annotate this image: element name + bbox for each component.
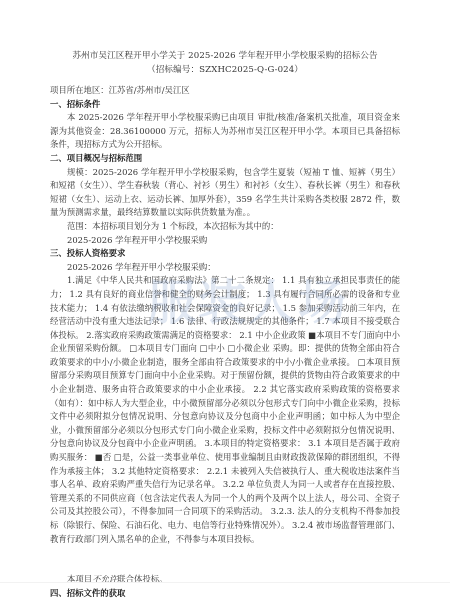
project-location: 项目所在地区：江苏省/苏州市/吴江区: [50, 84, 400, 98]
joint-bid-note: 本项目不允许联合体投标。: [50, 573, 400, 587]
section-text-conditions: 本 2025-2026 学年程开甲小学校服采购已由项目 审批/核准/备案机关批准…: [50, 111, 400, 152]
overview-scope: 范围：本招标项目划分为 1 个标段，本次招标为其中的：: [50, 220, 400, 234]
section-heading-documents: 四、招标文件的获取: [50, 587, 400, 600]
document-body: 项目所在地区：江苏省/苏州市/吴江区 一、招标条件 本 2025-2026 学年…: [50, 84, 400, 600]
qualifications-lot: 2025-2026 学年程开甲小学校服采购：: [50, 261, 400, 275]
section-heading-qualifications: 三、投标人资格要求: [50, 247, 400, 261]
document-title: 苏州市吴江区程开甲小学关于 2025-2026 学年程开甲小学校服采购的招标公告: [0, 49, 450, 61]
tender-code: （招标编号：SZXHC2025-Q-G-024）: [0, 63, 450, 75]
section-heading-overview: 二、项目概况与招标范围: [50, 152, 400, 166]
qualifications-text: 1.满足《中华人民共和国政府采购法》第二十二条规定： 1.1 具有独立承担民事责…: [50, 274, 400, 546]
spacer: [50, 546, 400, 573]
overview-lot: 2025-2026 学年程开甲小学校服采购: [50, 234, 400, 248]
section-heading-conditions: 一、招标条件: [50, 98, 400, 112]
page-bottom-rule: [0, 582, 450, 583]
overview-scale: 规模：2025-2026 学年程开甲小学校服采购，包含学生夏装（短袖 T 恤、短…: [50, 166, 400, 220]
document-page: 苏州市吴江区程开甲小学关于 2025-2026 学年程开甲小学校服采购的招标公告…: [0, 0, 450, 600]
